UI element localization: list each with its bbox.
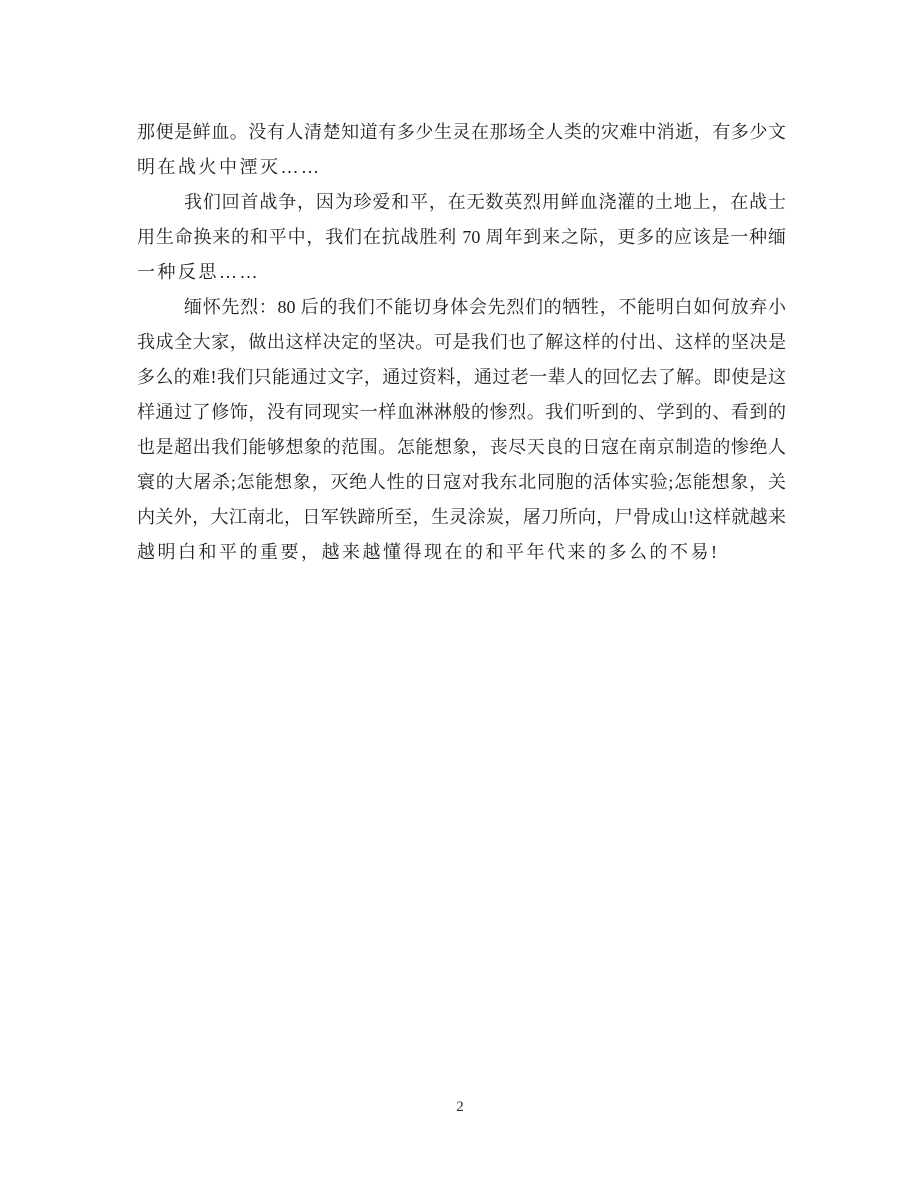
text-line: 缅怀先烈：80 后的我们不能切身体会先烈们的牺牲，不能明白如何放弃小	[137, 290, 786, 325]
text-line: 用生命换来的和平中，我们在抗战胜利 70 周年到来之际，更多的应该是一种缅怀，	[137, 220, 786, 255]
text-line: 也是超出我们能够想象的范围。怎能想象，丧尽天良的日寇在南京制造的惨绝人	[137, 430, 786, 465]
document-body: 那便是鲜血。没有人清楚知道有多少生灵在那场全人类的灾难中消逝，有多少文明在战火中…	[137, 115, 786, 570]
text-line: 我们回首战争，因为珍爱和平，在无数英烈用鲜血浇灌的土地上，在战士	[137, 185, 786, 220]
paragraph: 那便是鲜血。没有人清楚知道有多少生灵在那场全人类的灾难中消逝，有多少文明在战火中…	[137, 115, 786, 185]
page-number: 2	[0, 1096, 920, 1118]
document-page: 那便是鲜血。没有人清楚知道有多少生灵在那场全人类的灾难中消逝，有多少文明在战火中…	[0, 0, 920, 1193]
text-line: 样通过了修饰，没有同现实一样血淋淋般的惨烈。我们听到的、学到的、看到的	[137, 395, 786, 430]
text-line: 那便是鲜血。没有人清楚知道有多少生灵在那场全人类的灾难中消逝，有多少文	[137, 115, 786, 150]
text-line: 多么的难!我们只能通过文字，通过资料，通过老一辈人的回忆去了解。即使是这	[137, 360, 786, 395]
text-line: 寰的大屠杀;怎能想象，灭绝人性的日寇对我东北同胞的活体实验;怎能想象，关	[137, 465, 786, 500]
paragraph: 缅怀先烈：80 后的我们不能切身体会先烈们的牺牲，不能明白如何放弃小我成全大家，…	[137, 290, 786, 570]
text-line: 一种反思……	[137, 255, 786, 290]
text-line: 我成全大家，做出这样决定的坚决。可是我们也了解这样的付出、这样的坚决是	[137, 325, 786, 360]
paragraph: 我们回首战争，因为珍爱和平，在无数英烈用鲜血浇灌的土地上，在战士用生命换来的和平…	[137, 185, 786, 290]
text-line: 明在战火中湮灭……	[137, 150, 786, 185]
text-line: 越明白和平的重要，越来越懂得现在的和平年代来的多么的不易!	[137, 535, 786, 570]
text-line: 内关外，大江南北，日军铁蹄所至，生灵涂炭，屠刀所向，尸骨成山!这样就越来	[137, 500, 786, 535]
